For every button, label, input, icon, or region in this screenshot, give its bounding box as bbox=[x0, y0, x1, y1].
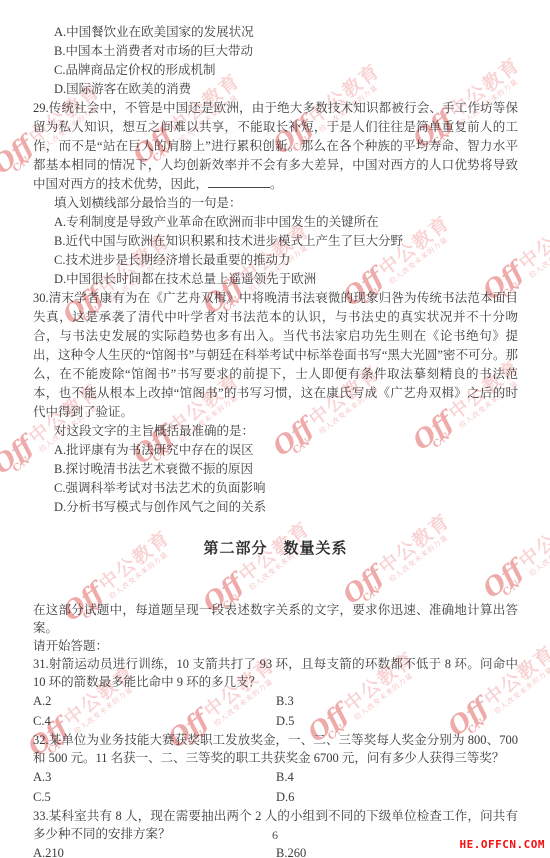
question-29-stem: 29.传统社会中，不管是中国还是欧洲，由于绝大多数技术知识都被行会、手工作坊等保… bbox=[33, 99, 518, 194]
watermark-slogan: 给人改变未来的力量 bbox=[528, 520, 550, 578]
option: B.探讨晚清书法艺术衰微不振的原因 bbox=[33, 460, 518, 479]
question-30-stem: 30.清末学者康有为在《广艺舟双楫》中将晚清书法衰微的现象归咎为传统书法范本面目… bbox=[33, 289, 518, 422]
question-31: 31.射箭运动员进行训练，10 支箭共打了 93 环，且每支箭的环数都不低于 8… bbox=[33, 655, 518, 731]
option: B.近代中国与欧洲在知识积累和技术进步模式上产生了巨大分野 bbox=[33, 232, 518, 251]
option: C.4 bbox=[33, 712, 276, 730]
exam-paper-page: OffCN中公教育给人改变未来的力量OffCN中公教育给人改变未来的力量OffC… bbox=[0, 0, 550, 858]
option-row: A.3 B.4 bbox=[33, 767, 518, 787]
question-30-prompt: 对这段文字的主旨概括最准确的是： bbox=[33, 422, 518, 441]
question-30: 30.清末学者康有为在《广艺舟双楫》中将晚清书法衰微的现象归咎为传统书法范本面目… bbox=[33, 289, 518, 517]
fill-in-blank-line bbox=[208, 175, 270, 188]
option: D.国际游客在欧美的消费 bbox=[33, 80, 518, 99]
option: C.强调科举考试对书法艺术的负面影响 bbox=[33, 479, 518, 498]
option: B.中国本土消费者对市场的巨大带动 bbox=[33, 42, 518, 61]
option: A.2 bbox=[33, 692, 276, 710]
question-29-prompt: 填入划横线部分最恰当的一句是： bbox=[33, 194, 518, 213]
option: C.技术进步是长期经济增长最重要的推动力 bbox=[33, 251, 518, 270]
option: C.5 bbox=[33, 788, 276, 806]
section-2-body: 在这部分试题中，每道题呈现一段表述数字关系的文字，要求你迅速、准确地计算出答案。… bbox=[33, 601, 518, 858]
watermark-slogan: 给人改变未来的力量 bbox=[528, 222, 550, 280]
option: A.批评康有为书法研究中存在的误区 bbox=[33, 441, 518, 460]
option: D.中国很长时间都在技术总量上遥遥领先于欧洲 bbox=[33, 270, 518, 289]
watermark-text-block: 中公教育给人改变未来的力量 bbox=[516, 505, 550, 578]
option-row: A.210 B.260 bbox=[33, 843, 518, 858]
option: B.4 bbox=[276, 768, 294, 786]
option: C.品牌商品定价权的形成机制 bbox=[33, 61, 518, 80]
option: D.5 bbox=[276, 712, 294, 730]
option-row: C.5 D.6 bbox=[33, 787, 518, 807]
question-31-stem: 31.射箭运动员进行训练，10 支箭共打了 93 环，且每支箭的环数都不低于 8… bbox=[33, 655, 518, 691]
watermark-brand: 中公教育 bbox=[516, 207, 550, 274]
watermark-brand: 中公教育 bbox=[516, 505, 550, 572]
option: A.210 bbox=[33, 844, 276, 858]
section-begin-note: 请开始答题： bbox=[33, 637, 518, 655]
option: D.分析书写模式与创作风气之间的关系 bbox=[33, 498, 518, 517]
option: A.中国餐饮业在欧美国家的发展状况 bbox=[33, 23, 518, 42]
option: D.6 bbox=[276, 788, 294, 806]
footer-site-url: HE.OFFCN.COM bbox=[460, 835, 545, 854]
option-row: A.2 B.3 bbox=[33, 691, 518, 711]
watermark-text-block: 中公教育给人改变未来的力量 bbox=[516, 207, 550, 280]
option: B.260 bbox=[276, 844, 306, 858]
option: B.3 bbox=[276, 692, 294, 710]
page-content: A.中国餐饮业在欧美国家的发展状况 B.中国本土消费者对市场的巨大带动 C.品牌… bbox=[33, 23, 518, 858]
question-32-stem: 32.某单位为业务技能大赛获奖职工发放奖金，一、二、三等奖每人奖金分别为 800… bbox=[33, 731, 518, 767]
question-29: 29.传统社会中，不管是中国还是欧洲，由于绝大多数技术知识都被行会、手工作坊等保… bbox=[33, 99, 518, 289]
option: A.3 bbox=[33, 768, 276, 786]
section-title: 第二部分 数量关系 bbox=[33, 539, 518, 559]
question-32: 32.某单位为业务技能大赛获奖职工发放奖金，一、二、三等奖每人奖金分别为 800… bbox=[33, 731, 518, 807]
question-28-options: A.中国餐饮业在欧美国家的发展状况 B.中国本土消费者对市场的巨大带动 C.品牌… bbox=[33, 23, 518, 99]
section-intro: 在这部分试题中，每道题呈现一段表述数字关系的文字，要求你迅速、准确地计算出答案。 bbox=[33, 601, 518, 637]
option-row: C.4 D.5 bbox=[33, 711, 518, 731]
option: A.专利制度是导致产业革命在欧洲而非中国发生的关键所在 bbox=[33, 213, 518, 232]
question-29-stem-end: 。 bbox=[270, 177, 283, 191]
